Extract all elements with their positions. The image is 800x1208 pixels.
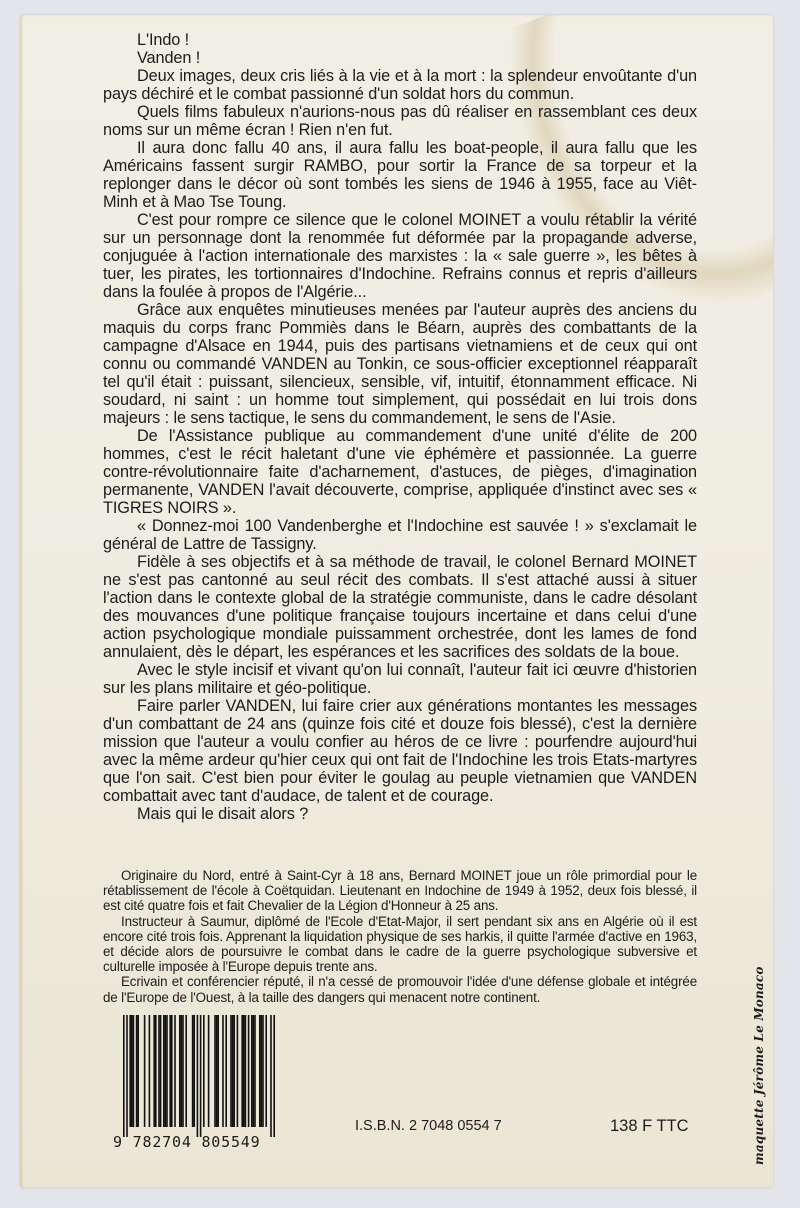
blurb-paragraph: Grâce aux enquêtes minutieuses menées pa… [103,301,697,427]
blurb-paragraph: Faire parler VANDEN, lui faire crier aux… [103,697,697,805]
blurb-paragraph: Fidèle à ses objectifs et à sa méthode d… [103,553,697,661]
barcode: 9 782704 805549 [113,1015,283,1160]
author-bio: Originaire du Nord, entré à Saint-Cyr à … [103,868,697,1005]
blurb-paragraph: Vanden ! [103,49,697,67]
design-credit: maquette Jérôme Le Monaco [752,966,766,1165]
blurb-paragraph: « Donnez-moi 100 Vandenberghe et l'Indoc… [103,517,697,553]
bio-paragraph: Originaire du Nord, entré à Saint-Cyr à … [103,868,697,914]
blurb-paragraph: L'Indo ! [103,31,697,49]
blurb-paragraph: De l'Assistance publique au commandement… [103,427,697,517]
blurb-paragraph: C'est pour rompre ce silence que le colo… [103,211,697,301]
blurb-paragraph: Quels films fabuleux n'aurions-nous pas … [103,103,697,139]
blurb-paragraph: Mais qui le disait alors ? [103,805,697,823]
bio-paragraph: Instructeur à Saumur, diplômé de l'Ecole… [103,914,697,975]
barcode-digits: 9 782704 805549 [113,1133,283,1151]
isbn-label: I.S.B.N. 2 7048 0554 7 [355,1118,502,1134]
blurb-text: L'Indo ! Vanden ! Deux images, deux cris… [103,31,697,823]
barcode-bars [113,1015,283,1137]
book-back-cover: L'Indo ! Vanden ! Deux images, deux cris… [20,15,773,1188]
blurb-paragraph: Deux images, deux cris liés à la vie et … [103,67,697,103]
price-label: 138 F TTC [610,1117,689,1136]
bio-paragraph: Ecrivain et conférencier réputé, il n'a … [103,974,697,1004]
blurb-paragraph: Il aura donc fallu 40 ans, il aura fallu… [103,139,697,211]
blurb-paragraph: Avec le style incisif et vivant qu'on lu… [103,661,697,697]
